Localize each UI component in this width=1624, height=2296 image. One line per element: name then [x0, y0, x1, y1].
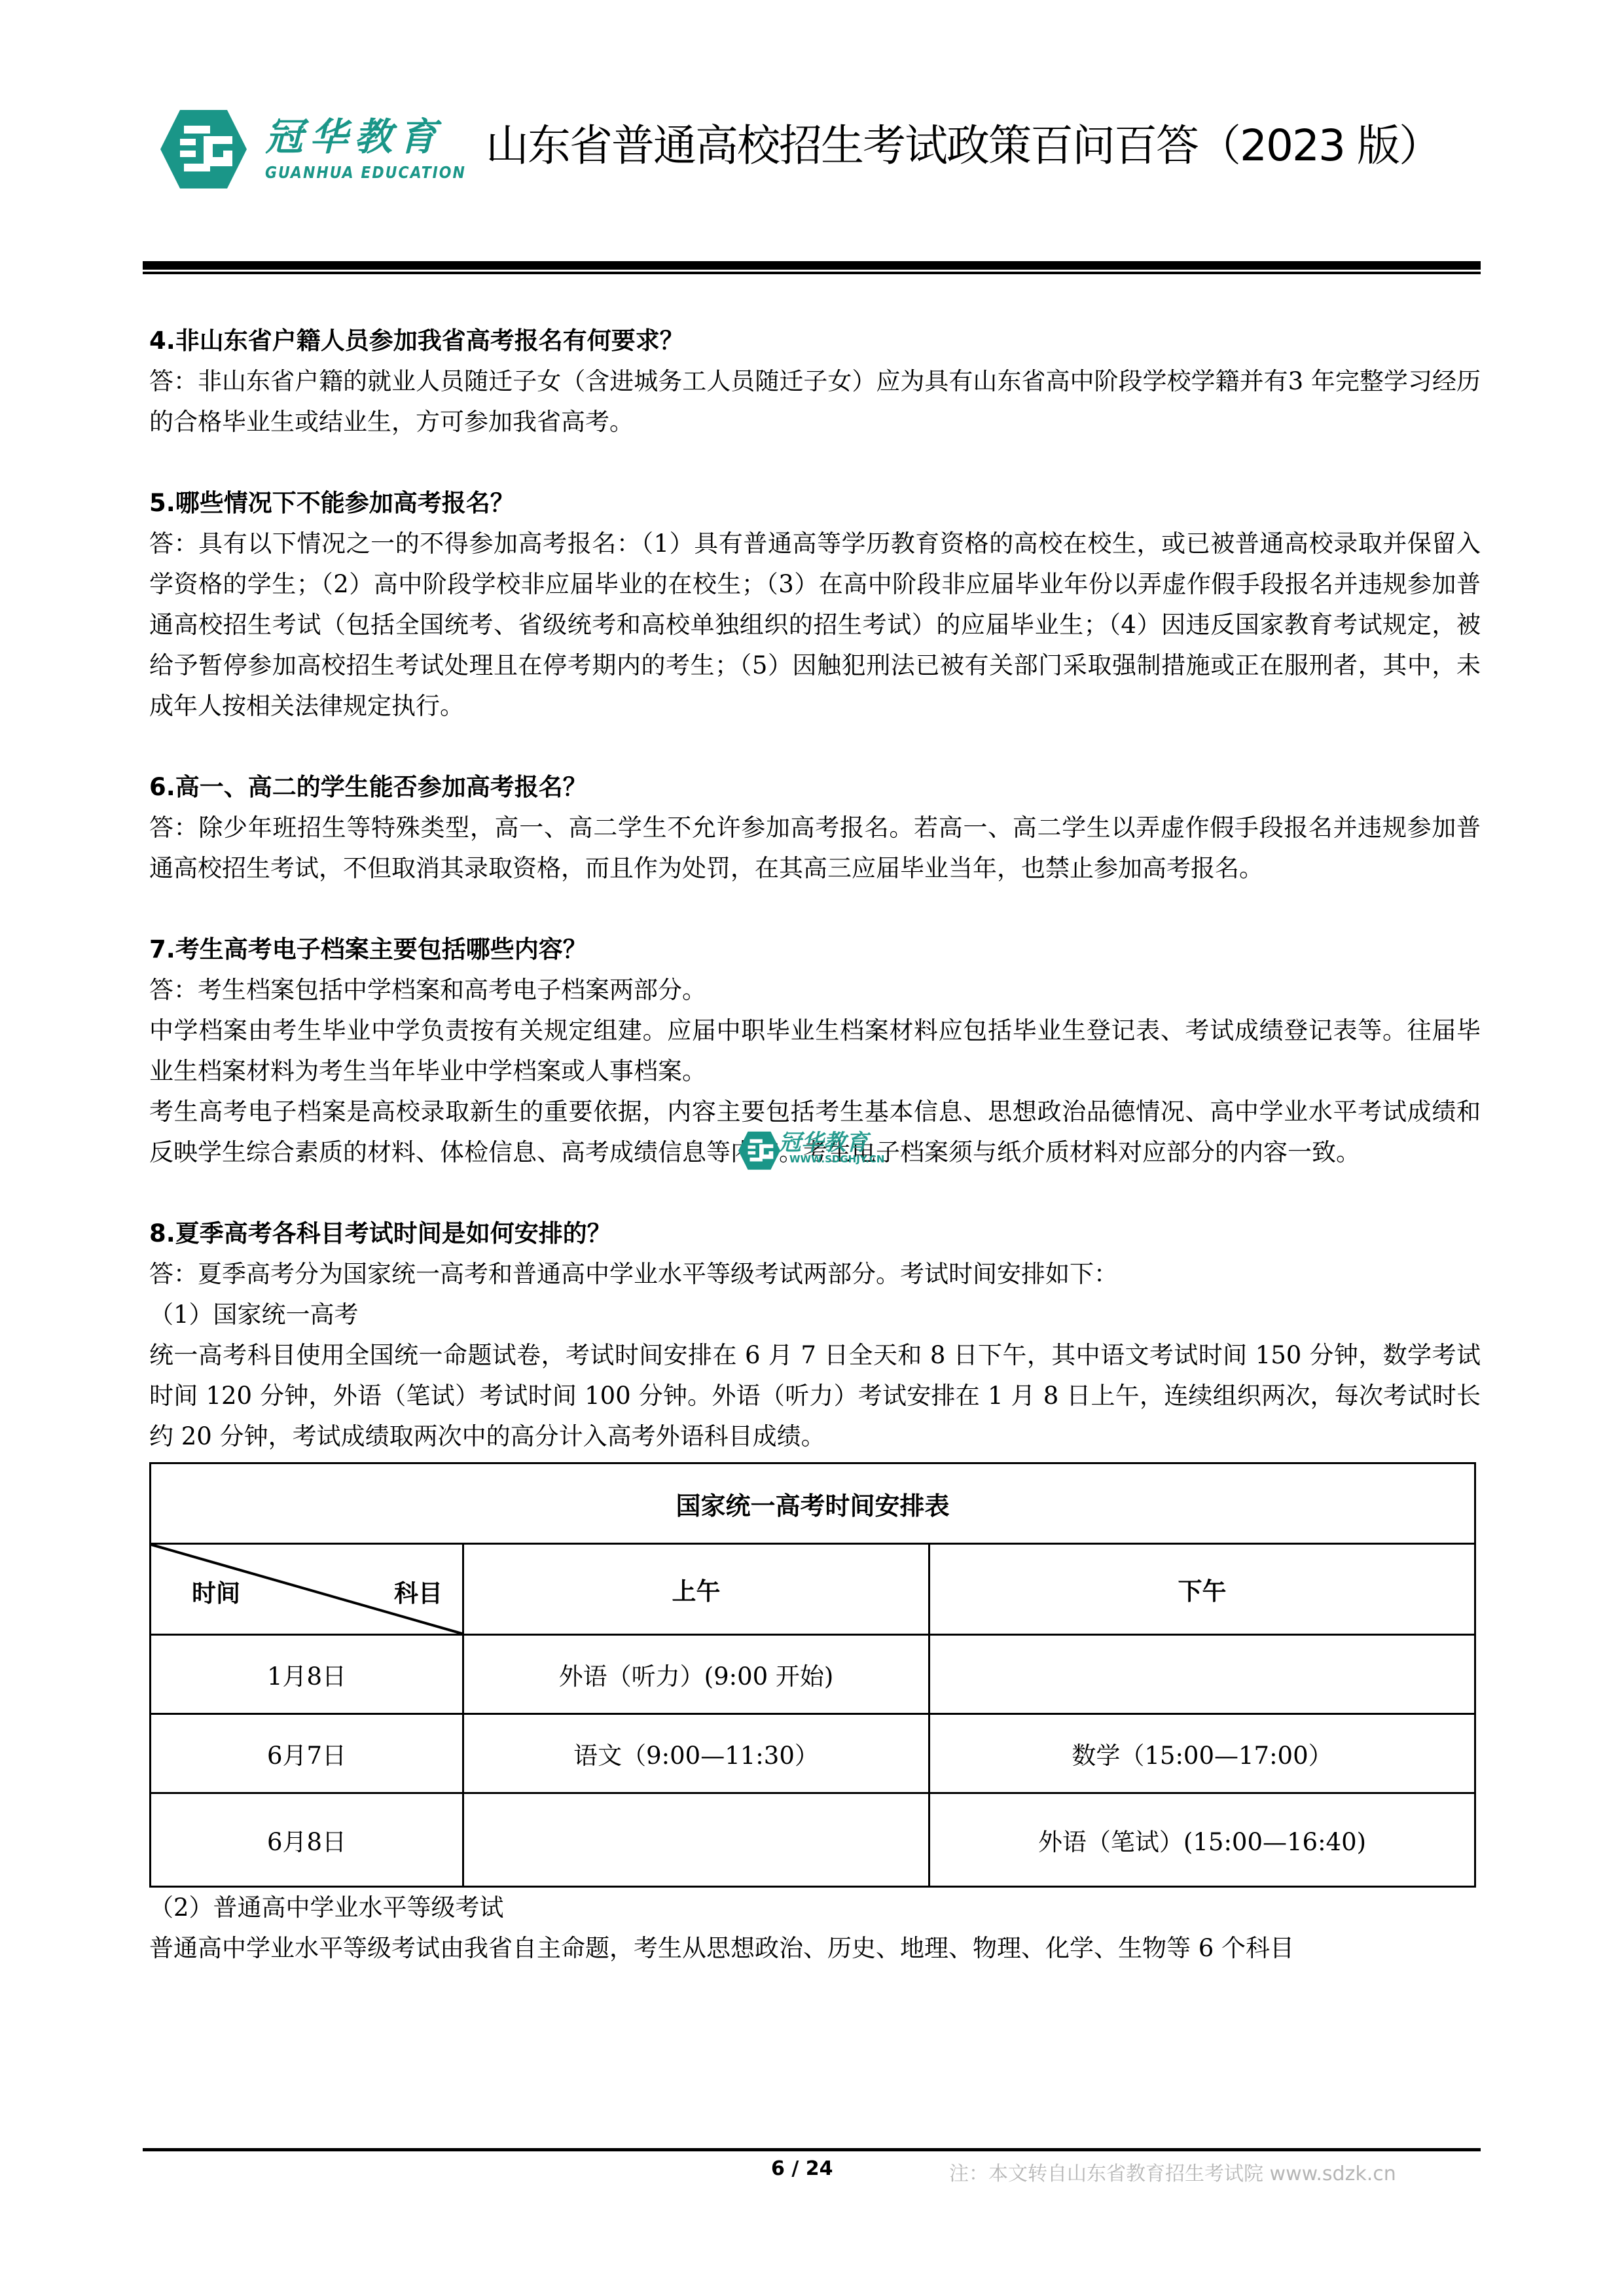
answer-paragraph: 答：具有以下情况之一的不得参加高考报名：（1）具有普通高等学历教育资格的高校在校… — [149, 524, 1481, 726]
date-cell: 6月7日 — [151, 1714, 463, 1793]
subheading-level-exam: （2）普通高中学业水平等级考试 — [149, 1888, 1481, 1928]
document-title: 山东省普通高校招生考试政策百问百答（2023 版） — [486, 117, 1441, 175]
qa-section-7: 7.考生高考电子档案主要包括哪些内容？ 答：考生档案包括中学档案和高考电子档案两… — [149, 929, 1481, 1173]
answer-paragraph: 普通高中学业水平等级考试由我省自主命题，考生从思想政治、历史、地理、物理、化学、… — [149, 1928, 1481, 1969]
question-heading: 7.考生高考电子档案主要包括哪些内容？ — [149, 929, 1481, 970]
guanhua-logo: 冠华教育 GUANHUA EDUCATION — [160, 110, 448, 188]
corner-label-subject: 科目 — [394, 1573, 442, 1609]
answer-paragraph: 答：非山东省户籍的就业人员随迁子女（含进城务工人员随迁子女）应为具有山东省高中阶… — [149, 361, 1481, 442]
answer-paragraph: 答：夏季高考分为国家统一高考和普通高中学业水平等级考试两部分。考试时间安排如下： — [149, 1254, 1481, 1295]
logo-english-text: GUANHUA EDUCATION — [265, 164, 466, 183]
qa-section-5: 5.哪些情况下不能参加高考报名？ 答：具有以下情况之一的不得参加高考报名：（1）… — [149, 483, 1481, 726]
table-header-row: 时间 科目 上午 下午 — [151, 1544, 1475, 1635]
header-rule-thin — [143, 272, 1481, 274]
corner-label-time: 时间 — [192, 1573, 240, 1609]
answer-paragraph: 中学档案由考生毕业中学负责按有关规定组建。应届中职毕业生档案材料应包括毕业生登记… — [149, 1011, 1481, 1092]
qa-section-4: 4.非山东省户籍人员参加我省高考报名有何要求？ 答：非山东省户籍的就业人员随迁子… — [149, 321, 1481, 442]
afternoon-cell — [929, 1635, 1475, 1714]
question-heading: 4.非山东省户籍人员参加我省高考报名有何要求？ — [149, 321, 1481, 361]
question-heading: 8.夏季高考各科目考试时间是如何安排的？ — [149, 1213, 1481, 1254]
diagonal-header-cell: 时间 科目 — [151, 1544, 463, 1635]
table-title: 国家统一高考时间安排表 — [151, 1463, 1475, 1544]
table-row: 6月8日 外语（笔试）(15:00—16:40) — [151, 1793, 1475, 1887]
question-heading: 5.哪些情况下不能参加高考报名？ — [149, 483, 1481, 524]
table-row: 6月7日 语文（9:00—11:30） 数学（15:00—17:00） — [151, 1714, 1475, 1793]
morning-cell: 语文（9:00—11:30） — [463, 1714, 929, 1793]
answer-paragraph: 答：除少年班招生等特殊类型，高一、高二学生不允许参加高考报名。若高一、高二学生以… — [149, 808, 1481, 889]
date-cell: 6月8日 — [151, 1793, 463, 1887]
qa-section-6: 6.高一、高二的学生能否参加高考报名？ 答：除少年班招生等特殊类型，高一、高二学… — [149, 767, 1481, 889]
answer-paragraph: 统一高考科目使用全国统一命题试卷，考试时间安排在 6 月 7 日全天和 8 日下… — [149, 1335, 1481, 1457]
subheading-national-exam: （1）国家统一高考 — [149, 1295, 1481, 1335]
guanhua-logo-icon — [160, 110, 247, 188]
page-number: 6 / 24 — [771, 2157, 833, 2180]
date-cell: 1月8日 — [151, 1635, 463, 1714]
page-header: 冠华教育 GUANHUA EDUCATION 山东省普通高校招生考试政策百问百答… — [0, 0, 1624, 281]
source-note: 注：本文转自山东省教育招生考试院 www.sdzk.cn — [949, 2157, 1396, 2186]
table-row: 1月8日 外语（听力）(9:00 开始) — [151, 1635, 1475, 1714]
answer-paragraph: 答：考生档案包括中学档案和高考电子档案两部分。 — [149, 970, 1481, 1011]
document-body: 4.非山东省户籍人员参加我省高考报名有何要求？ 答：非山东省户籍的就业人员随迁子… — [149, 321, 1481, 1969]
qa-section-8: 8.夏季高考各科目考试时间是如何安排的？ 答：夏季高考分为国家统一高考和普通高中… — [149, 1213, 1481, 1969]
logo-chinese-text: 冠华教育 — [265, 114, 443, 160]
afternoon-cell: 数学（15:00—17:00） — [929, 1714, 1475, 1793]
exam-schedule-table: 国家统一高考时间安排表 时间 科目 上午 下午 1月8日 外语（听力）(9:00… — [149, 1462, 1476, 1888]
morning-cell: 外语（听力）(9:00 开始) — [463, 1635, 929, 1714]
afternoon-cell: 外语（笔试）(15:00—16:40) — [929, 1793, 1475, 1887]
header-rule-thick — [143, 261, 1481, 270]
column-header-morning: 上午 — [463, 1544, 929, 1635]
footer-rule — [143, 2148, 1481, 2151]
column-header-afternoon: 下午 — [929, 1544, 1475, 1635]
answer-paragraph: 考生高考电子档案是高校录取新生的重要依据，内容主要包括考生基本信息、思想政治品德… — [149, 1092, 1481, 1173]
morning-cell — [463, 1793, 929, 1887]
question-heading: 6.高一、高二的学生能否参加高考报名？ — [149, 767, 1481, 808]
